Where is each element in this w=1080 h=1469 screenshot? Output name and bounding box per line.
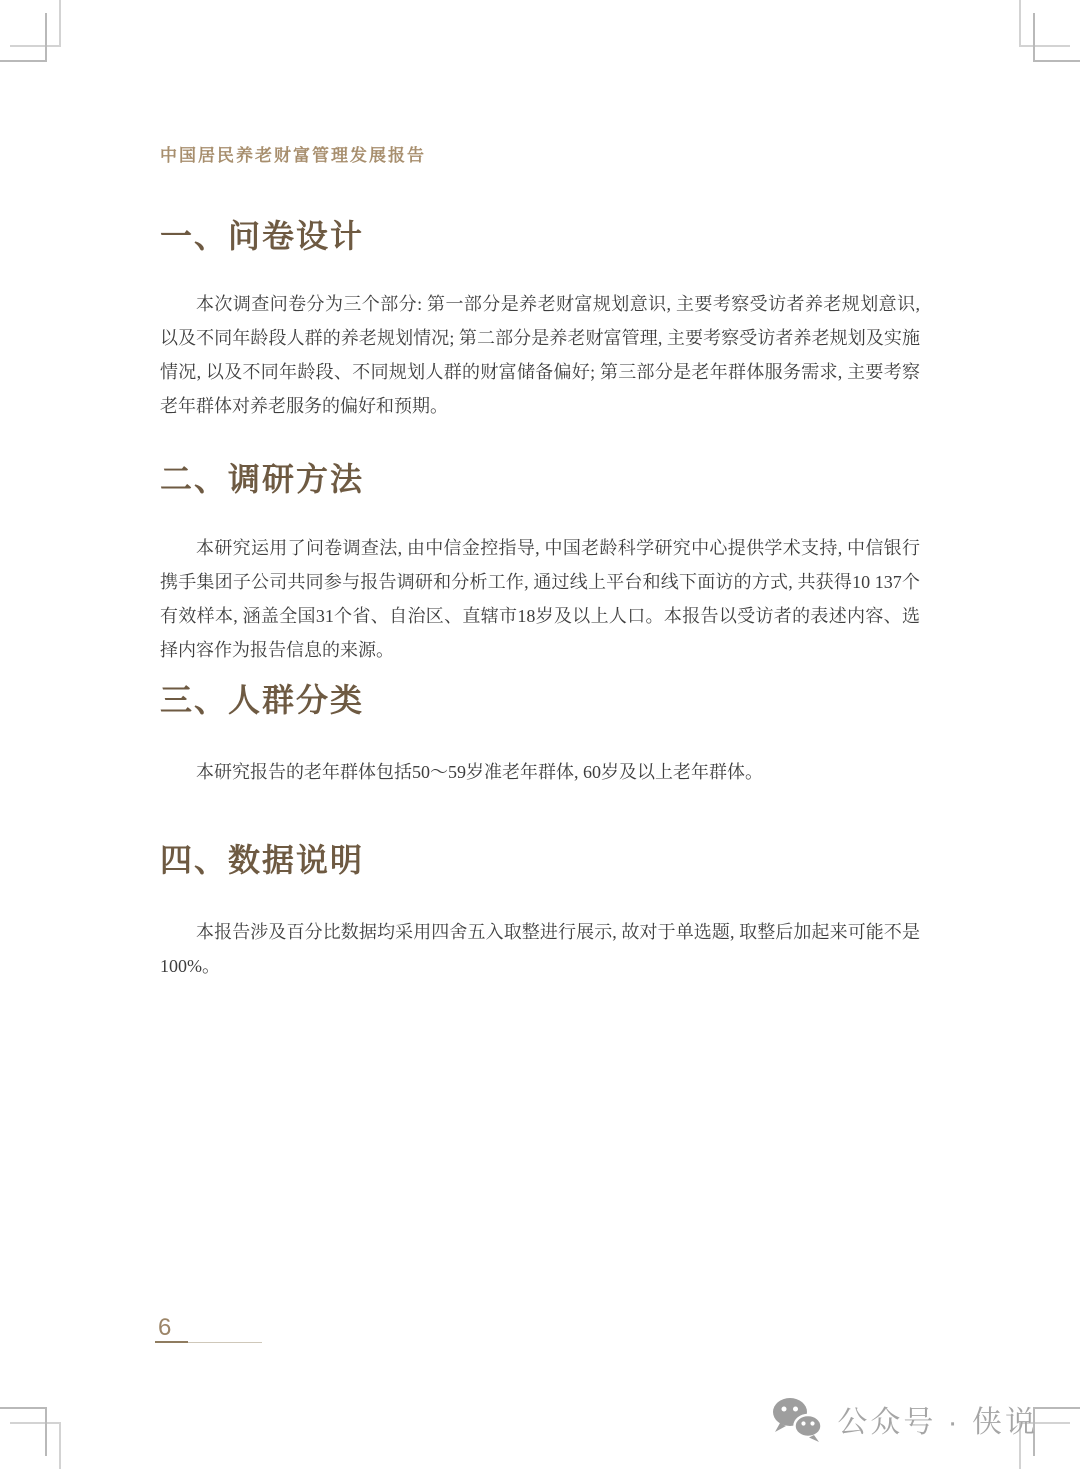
report-page: { "document": { "running_header": "中国居民养… — [0, 0, 1080, 1469]
crop-mark-bottom-left-inner — [0, 1407, 47, 1456]
crop-mark-top-right-outer — [1019, 0, 1070, 47]
section-heading-1: 一、问卷设计 — [160, 220, 364, 252]
page-number: 6 — [158, 1314, 171, 1342]
page-number-rule-dark — [155, 1341, 188, 1343]
footer-watermark: 公众号 · 侠说 — [771, 1396, 1038, 1442]
section-heading-2: 二、调研方法 — [160, 463, 364, 495]
wechat-icon — [771, 1396, 823, 1442]
section-paragraph-4: 本报告涉及百分比数据均采用四舍五入取整进行展示, 故对于单选题, 取整后加起来可… — [160, 915, 920, 983]
running-header: 中国居民养老财富管理发展报告 — [160, 141, 426, 166]
section-heading-4: 四、数据说明 — [160, 844, 364, 876]
page-number-rule-light — [188, 1342, 262, 1343]
watermark-text: 公众号 · 侠说 — [837, 1397, 1038, 1441]
section-paragraph-1: 本次调查问卷分为三个部分: 第一部分是养老财富规划意识, 主要考察受访者养老规划… — [160, 287, 920, 423]
crop-mark-bottom-right-inner — [1033, 1407, 1080, 1456]
crop-mark-bottom-left-outer — [10, 1422, 61, 1469]
section-paragraph-3: 本研究报告的老年群体包括50～59岁准老年群体, 60岁及以上老年群体。 — [160, 755, 920, 789]
crop-mark-top-left-outer — [10, 0, 61, 47]
crop-mark-top-left-inner — [0, 13, 47, 62]
section-heading-3: 三、人群分类 — [160, 684, 364, 716]
crop-mark-top-right-inner — [1033, 13, 1080, 62]
section-paragraph-2: 本研究运用了问卷调查法, 由中信金控指导, 中国老龄科学研究中心提供学术支持, … — [160, 531, 920, 667]
